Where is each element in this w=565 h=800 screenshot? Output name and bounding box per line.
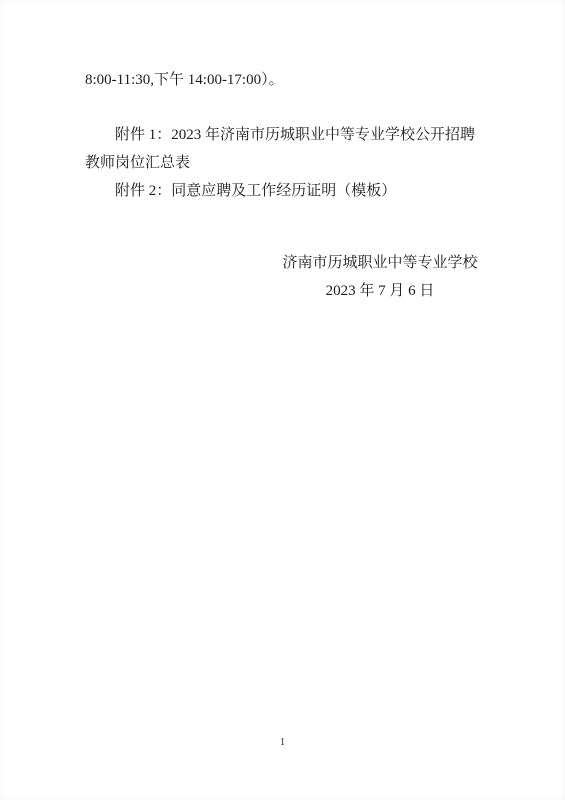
page-number: 1	[0, 736, 565, 750]
paragraph-office-hours: 8:00-11:30,下午 14:00-17:00）。	[85, 66, 480, 94]
paragraph-attachment-1-line-2: 教师岗位汇总表	[85, 149, 480, 177]
paragraph-attachment-2: 附件 2：同意应聘及工作经历证明（模板）	[85, 177, 480, 205]
document-body: 8:00-11:30,下午 14:00-17:00）。 附件 1：2023 年济…	[0, 0, 565, 305]
signature-block: 济南市历城职业中等专业学校 2023 年 7 月 6 日	[280, 249, 480, 305]
document-page: 8:00-11:30,下午 14:00-17:00）。 附件 1：2023 年济…	[0, 0, 565, 800]
paragraph-attachment-1-line-1: 附件 1：2023 年济南市历城职业中等专业学校公开招聘	[85, 121, 480, 149]
signature-school-name: 济南市历城职业中等专业学校	[280, 249, 480, 277]
signature-date: 2023 年 7 月 6 日	[280, 277, 480, 305]
